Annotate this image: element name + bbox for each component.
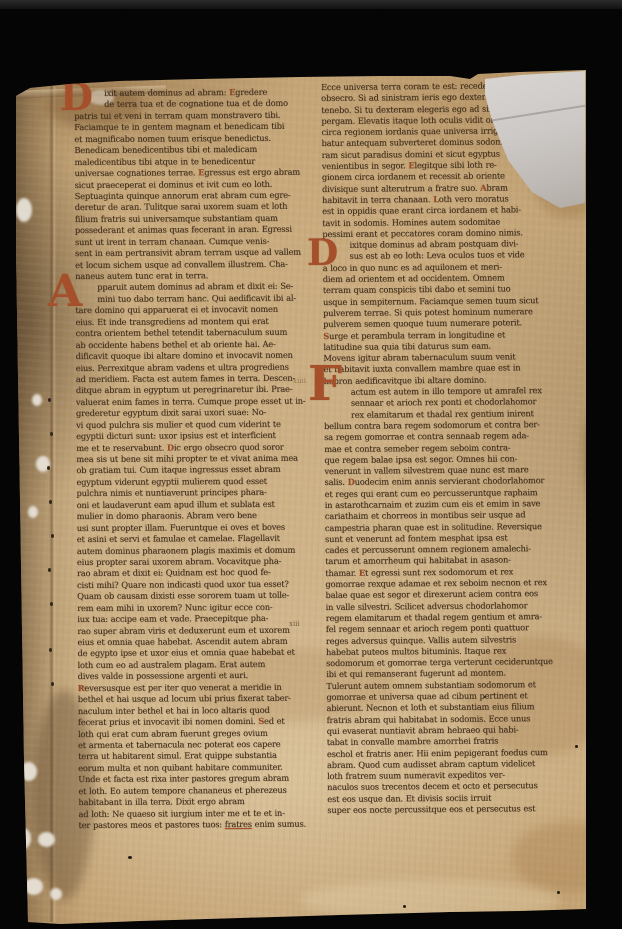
binding-hole xyxy=(20,762,37,781)
sewing-stitch xyxy=(50,432,53,436)
marginal-chapter-numeral: xiiii xyxy=(293,377,306,385)
text-line: mini tuo dabo terram hanc. Qui aedificav… xyxy=(75,292,327,305)
text-line: oni et laudaverunt eam apud illum et sub… xyxy=(77,498,307,511)
sewing-stitch xyxy=(49,500,52,504)
text-line: universae cognationes terrae. Egressus e… xyxy=(74,167,304,180)
rubricated-capital: S xyxy=(258,716,264,726)
text-line: ter pastores meos et pastores tuos: frat… xyxy=(78,819,308,832)
sewing-stitch xyxy=(47,466,50,470)
rubricated-capital: E xyxy=(359,567,365,577)
text-line: et asini et servi et famulae et camelae.… xyxy=(77,533,307,546)
sewing-stitch xyxy=(48,568,51,572)
stain xyxy=(512,822,622,892)
stain xyxy=(585,400,619,512)
text-line: et loth. Eo autem tempore chananeus et p… xyxy=(78,784,308,797)
binding-hole xyxy=(38,832,55,847)
text-line: de egypto ipse et uxor eius et omnia qua… xyxy=(77,647,307,660)
text-line: tare domino qui apparuerat ei et invocav… xyxy=(75,304,305,317)
text-line: super eos nocte percussitque eos et pers… xyxy=(327,803,587,817)
red-underlined-word: fratres xyxy=(225,819,252,829)
binding-hole xyxy=(50,888,62,900)
rubricated-capital: S xyxy=(323,330,329,340)
sewing-stitch xyxy=(50,602,53,606)
rubricated-capital: L xyxy=(433,194,439,204)
drop-cap-initial-d: D xyxy=(60,80,93,114)
text-line: et locum sichem usque ad convallem illus… xyxy=(75,258,305,271)
binding-hole xyxy=(28,506,38,518)
ink-speck xyxy=(128,856,132,859)
photo-background: ixit autem dominus ad abram: Egrederede … xyxy=(0,0,622,929)
sewing-stitch xyxy=(51,534,54,538)
text-line: fecerat prius et invocavit ibi nomen dom… xyxy=(78,716,308,729)
rubricated-capital: D xyxy=(167,442,174,452)
marginal-chapter-numeral: xiii xyxy=(289,620,300,628)
text-column-left: ixit autem dominus ad abram: Egrederede … xyxy=(74,87,309,832)
binding-hole xyxy=(32,394,42,406)
text-line: contra orientem bethel tetendit tabernac… xyxy=(75,327,305,340)
text-line: possederant et animas quas fecerant in a… xyxy=(75,224,305,237)
rubricated-capital: E xyxy=(408,160,414,170)
text-line: valuerat enim fames in terra. Cumque pro… xyxy=(76,395,306,408)
text-line: dificavit quoque ibi altare domino et in… xyxy=(76,350,306,363)
binding-hole xyxy=(16,828,31,849)
text-line: Unde et facta est rixa inter pastores gr… xyxy=(78,773,308,786)
marginal-mark: e xyxy=(3,399,7,406)
sewing-stitch xyxy=(51,682,54,686)
ink-speck xyxy=(557,891,560,894)
drop-cap-initial-f: F xyxy=(308,363,342,406)
ink-speck xyxy=(403,905,406,908)
marginal-chapter-numeral: int xyxy=(80,685,88,691)
rubricated-capital: D xyxy=(347,477,354,487)
sewing-stitch xyxy=(48,398,51,402)
sewing-stitch xyxy=(49,648,52,652)
text-line: egyptii dicturi sunt: uxor ipsius est et… xyxy=(76,430,306,443)
text-line: et magnificabo nomen tuum erisque benedi… xyxy=(74,132,304,145)
drop-cap-initial-d: D xyxy=(307,237,338,269)
binding-hole xyxy=(24,878,43,895)
manuscript-page: ixit autem dominus ad abram: Egrederede … xyxy=(0,0,622,929)
text-line: ob gratiam tui. Cum itaque ingressus ess… xyxy=(76,464,306,477)
rubricated-capital: E xyxy=(198,167,204,177)
stain xyxy=(300,880,560,920)
film-border xyxy=(0,0,622,9)
text-line: bethel et hai usque ad locum ubi prius f… xyxy=(78,693,308,706)
binding-hole xyxy=(16,198,32,222)
text-line: Quam ob causam dixisti esse sororem tuam… xyxy=(77,590,307,603)
drop-cap-initial-a: A xyxy=(48,272,82,312)
text-line: eius propter sarai uxorem abram. Vocavit… xyxy=(77,556,307,569)
rubricated-capital: A xyxy=(480,182,486,192)
rubricated-capital: E xyxy=(229,87,235,97)
text-line: sent in eam pertransivit abram terram us… xyxy=(75,247,305,260)
